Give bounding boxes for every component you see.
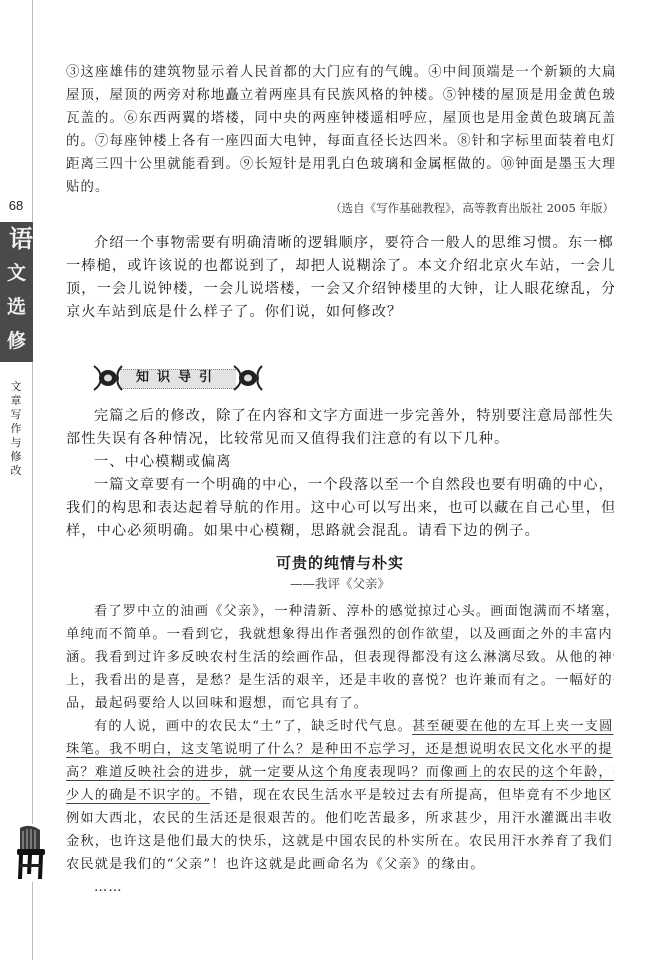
text-line: 一篇文章要有一个明确的中心，一个段落以至一个自然段也要有明确的中心，中心对: [66, 474, 614, 497]
text-line: 距离三四十公里就能看到。⑨长短针是用乳白色玻璃和金属框做的。⑩钟面是墨玉大理石铺: [66, 153, 614, 176]
text-line: 单纯而不简单。一看到它，我就想象得出作者强烈的创作欲望，以及画面之外的丰富内: [66, 623, 614, 646]
margin-rule: [32, 0, 33, 960]
text-line: 部性失误有各种情况，比较常见而又值得我们注意的有以下几种。: [66, 428, 614, 451]
text-line: ③这座雄伟的建筑物显示着人民首都的大门应有的气魄。④中间顶端是一个新颖的大扁壳: [66, 61, 614, 84]
text-line: 有的人说，画中的农民太“土”了，缺乏时代气息。甚至硬要在他的左耳上夹一支圆: [66, 715, 614, 738]
question-paragraph: 介绍一个事物需要有明确清晰的逻辑顺序，要符合一般人的思维习惯。东一榔头，西 一棒…: [66, 232, 614, 324]
series-char: 选: [0, 290, 33, 324]
text-line: 我们的构思和表达起着导航的作用。这中心可以写出来，也可以藏在自己心里，但不管怎: [66, 497, 614, 520]
source-citation: （选自《写作基础教程》，高等教育出版社 2005 年版）: [300, 200, 614, 216]
text-line: 一棒槌，或许该说的也都说到了，却把人说糊涂了。本文介绍北京火车站，一会儿说屋: [66, 255, 614, 278]
essay-body: 看了罗中立的油画《父亲》，一种清新、淳朴的感觉掠过心头。画面饱满而不堵塞， 单纯…: [66, 600, 614, 899]
vertical-subtitle: 文章写作与修改: [6, 380, 26, 478]
essay-subtitle: ——我评《父亲》: [66, 574, 614, 592]
text-line: 的。⑦每座钟楼上各有一座四面大电钟，每面直径长达四米。⑧针和字标里面装着电灯，: [66, 130, 614, 153]
text-line: 京火车站到底是什么样子了。你们说，如何修改？: [66, 301, 614, 324]
text-line: 涵。我看到过许多反映农村生活的绘画作品，但表现得都没有这么淋漓尽致。从他的神情: [66, 646, 614, 669]
text-line: 顶，一会儿说钟楼，一会儿说塔楼，一会又介绍钟楼里的大钟，让人眼花缭乱，分不清北: [66, 278, 614, 301]
text-line: 介绍一个事物需要有明确清晰的逻辑顺序，要符合一般人的思维习惯。东一榔头，西: [66, 232, 614, 255]
section-banner: 知识导引: [92, 364, 264, 392]
text-line: 珠笔。我不明白，这支笔说明了什么？是种田不忘学习，还是想说明农民文化水平的提: [66, 738, 614, 761]
text-line: 样，中心必须明确。如果中心模糊，思路就会混乱。请看下边的例子。: [66, 520, 614, 543]
chair-icon: [14, 824, 46, 882]
text-line: 例如大西北，农民的生活还是很艰苦的。他们吃苦最多，所求甚少，用汗水灌溉出丰收的: [66, 807, 614, 830]
text-line: 高？难道反映社会的进步，就一定要从这个角度表现吗？而像画上的农民的这个年龄，不: [66, 761, 614, 784]
text-line: 屋顶，屋顶的两旁对称地矗立着两座具有民族风格的钟楼。⑤钟楼的屋顶是用金黄色玻璃: [66, 84, 614, 107]
plain-text: 有的人说，画中的农民太“土”了，缺乏时代气息。: [94, 719, 412, 734]
underlined-text: 高？难道反映社会的进步，就一定要从这个角度表现吗？而像画上的农民的这个年龄，不: [66, 765, 614, 780]
series-char: 文: [0, 256, 33, 290]
underlined-text: 甚至硬要在他的左耳上夹一支圆: [412, 719, 613, 734]
excerpt-paragraph: ③这座雄伟的建筑物显示着人民首都的大门应有的气魄。④中间顶端是一个新颖的大扁壳 …: [66, 61, 614, 199]
text-line: 品，最起码要给人以回味和遐想，而它具有了。: [66, 692, 614, 715]
text-line: 农民就是我们的“父亲”！也许这就是此画命名为《父亲》的缘由。: [66, 853, 614, 876]
underlined-text: 少人的确是不识字的。: [66, 788, 210, 803]
text-line: 贴的。: [66, 176, 614, 199]
guide-section: 完篇之后的修改，除了在内容和文字方面进一步完善外，特别要注意局部性失误。局 部性…: [66, 405, 614, 543]
series-char: 修: [0, 324, 33, 358]
series-band: 语 文 选 修: [0, 222, 33, 362]
page-number: 68: [0, 198, 32, 213]
text-line: 瓦盖的。⑥东西两翼的塔楼，同中央的两座钟楼遥相呼应，屋顶也是用金黄色玻璃瓦盖: [66, 107, 614, 130]
text-line: 看了罗中立的油画《父亲》，一种清新、淳朴的感觉掠过心头。画面饱满而不堵塞，: [66, 600, 614, 623]
subheading: 一、中心模糊或偏离: [66, 451, 614, 474]
underlined-text: 珠笔。我不明白，这支笔说明了什么？是种田不忘学习，还是想说明农民文化水平的提: [66, 742, 613, 757]
essay-title: 可贵的纯情与朴实: [66, 552, 614, 573]
ornament-icon: [232, 364, 264, 392]
series-char: 语: [0, 222, 33, 256]
text-line: 上，我看出的是喜，是愁？是生活的艰辛，还是丰收的喜悦？也许兼而有之。一幅好的作: [66, 669, 614, 692]
text-line: 完篇之后的修改，除了在内容和文字方面进一步完善外，特别要注意局部性失误。局: [66, 405, 614, 428]
text-line: 少人的确是不识字的。不错，现在农民生活水平是较过去有所提高，但毕竟有不少地区，: [66, 784, 614, 807]
plain-text: 不错，现在农民生活水平是较过去有所提高，但毕竟有不少地区，: [210, 788, 614, 803]
ellipsis: ……: [66, 876, 614, 899]
text-line: 金秋，也许这是他们最大的快乐，这就是中国农民的朴实所在。农民用汗水养育了我们，: [66, 830, 614, 853]
